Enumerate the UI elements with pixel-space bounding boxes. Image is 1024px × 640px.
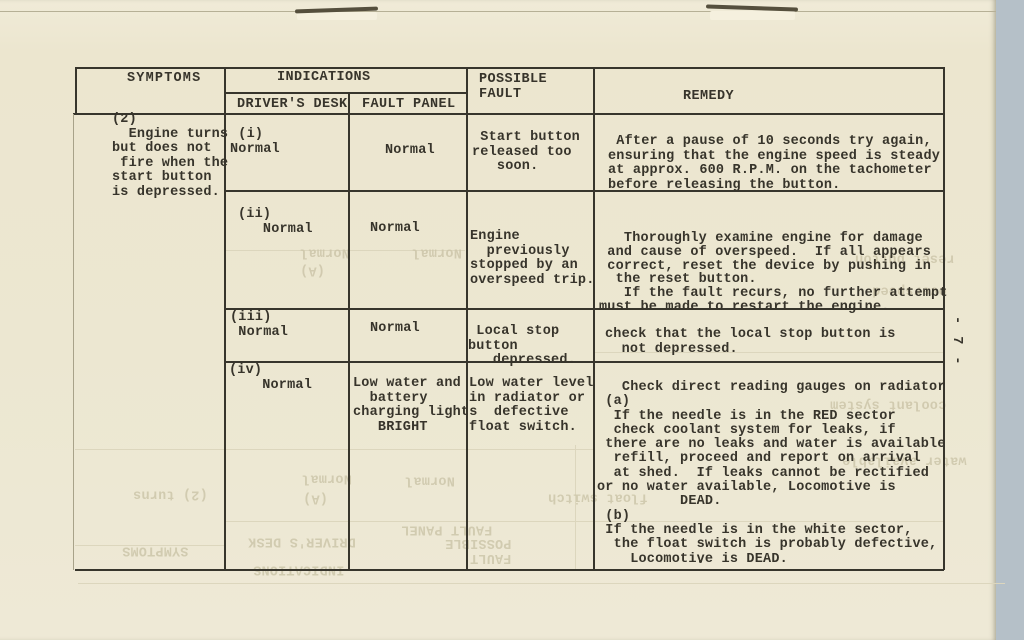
row-iii-drivers-desk: (iii) Normal bbox=[230, 311, 288, 340]
tape-mark bbox=[710, 11, 795, 20]
ink-dot bbox=[699, 560, 702, 563]
bleed-through-text: FAULT POSSIBLE bbox=[445, 535, 511, 564]
bleed-through-text: DRIVER'S DESK bbox=[248, 533, 356, 548]
row-iv-fault-panel: Low water and battery charging lights BR… bbox=[353, 377, 478, 435]
header-indications: INDICATIONS bbox=[277, 71, 371, 86]
bleed-through-text: (A) bbox=[303, 490, 328, 505]
bleed-through-text: FAULT PANEL bbox=[401, 521, 492, 536]
table-border-left bbox=[73, 114, 74, 570]
bleed-through-text: (A) bbox=[300, 262, 325, 277]
bleed-through-text: Normal bbox=[405, 472, 455, 487]
row-ii-fault-panel: Normal bbox=[370, 222, 420, 237]
column-divider-desk-panel bbox=[348, 92, 350, 570]
row-ii-remedy: Thoroughly examine engine for damage and… bbox=[599, 232, 948, 315]
row-iv-remedy: Check direct reading gauges on radiator … bbox=[597, 381, 946, 567]
column-divider-remedy bbox=[593, 67, 595, 570]
row-divider-3 bbox=[225, 361, 944, 363]
table-border-left-top bbox=[75, 67, 77, 114]
bleed-through-line bbox=[75, 449, 593, 450]
table-border-bottom bbox=[75, 569, 944, 571]
bleed-through-text: SYMPTOMS bbox=[122, 542, 188, 557]
header-drivers-desk: DRIVER'S DESK bbox=[237, 98, 348, 113]
row-i-possible-fault: Start button released too soon. bbox=[472, 131, 580, 175]
row-i-remedy: After a pause of 10 seconds try again, e… bbox=[608, 135, 940, 193]
header-possible-fault: POSSIBLE FAULT bbox=[479, 73, 547, 102]
bleed-through-text: Normal bbox=[412, 244, 462, 259]
tape-mark bbox=[297, 12, 377, 20]
row-iv-possible-fault: Low water level in radiator or defective… bbox=[469, 377, 594, 435]
row-ii-drivers-desk: (ii) Normal bbox=[238, 208, 313, 237]
row-iii-possible-fault: Local stop button depressed. bbox=[468, 325, 576, 369]
symptom-text: (2) Engine turns but does not fire when … bbox=[112, 113, 228, 200]
table-border-top bbox=[75, 67, 944, 69]
page-top-edge bbox=[0, 11, 996, 12]
bleed-through-text: Normal bbox=[302, 470, 352, 485]
row-i-fault-panel: Normal bbox=[385, 144, 435, 159]
row-iii-remedy: check that the local stop button is not … bbox=[605, 328, 896, 357]
row-iv-drivers-desk: (iv) Normal bbox=[229, 364, 312, 393]
document-page: Normal Normal (A) reset button overspeed… bbox=[0, 0, 996, 640]
header-symptoms: SYMPTOMS bbox=[127, 72, 201, 87]
column-divider-fault bbox=[466, 67, 468, 570]
header-remedy: REMEDY bbox=[683, 90, 734, 105]
indications-underline bbox=[225, 92, 467, 94]
bleed-through-text: Normal bbox=[300, 244, 350, 259]
row-ii-possible-fault: Engine previously stopped by an overspee… bbox=[470, 230, 595, 288]
row-iii-fault-panel: Normal bbox=[370, 322, 420, 337]
header-fault-panel: FAULT PANEL bbox=[362, 98, 456, 113]
bleed-through-line bbox=[78, 583, 1005, 584]
row-i-drivers-desk: (i) Normal bbox=[230, 128, 280, 157]
bleed-through-line bbox=[575, 445, 576, 569]
page-number: - 7 - bbox=[948, 316, 964, 376]
bleed-through-text: (2) turns bbox=[133, 486, 208, 501]
